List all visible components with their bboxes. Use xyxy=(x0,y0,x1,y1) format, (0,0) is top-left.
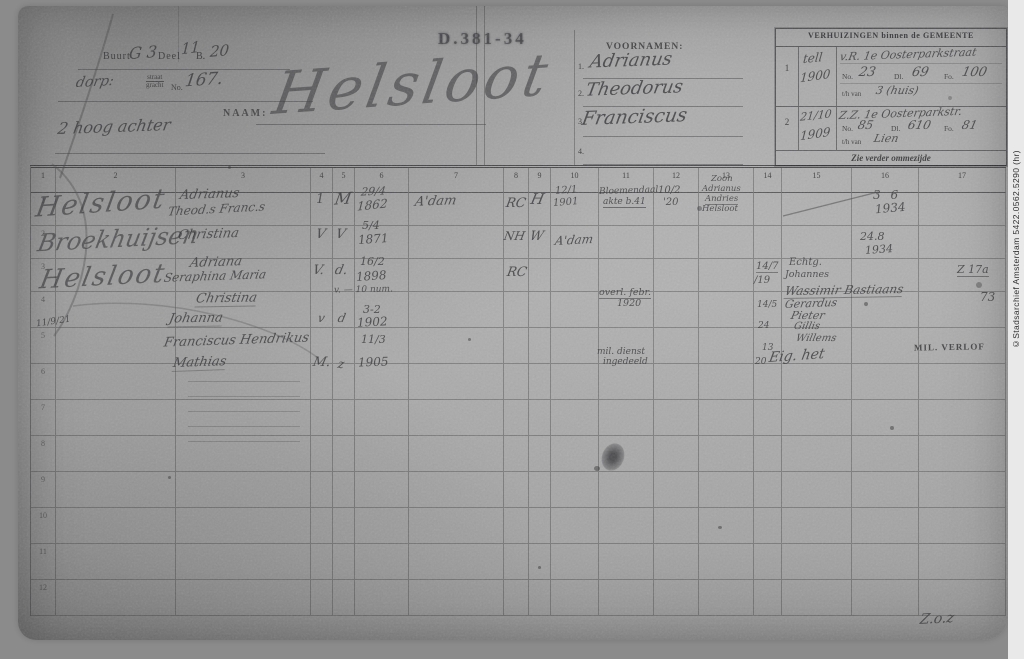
column-header: 4 xyxy=(311,168,333,193)
row-number: 12 xyxy=(31,580,56,616)
verhuizing-num: 2 xyxy=(776,107,799,150)
table-cell xyxy=(654,328,699,364)
table-cell xyxy=(504,544,529,580)
r1-birthplace: A'dam xyxy=(414,193,458,210)
r1-religion: RC xyxy=(505,196,527,211)
r3-col15a: Echtg. xyxy=(789,257,822,268)
table-cell xyxy=(782,226,852,259)
r5-col11b: 1920 xyxy=(617,298,641,309)
r5-col14: 14/5 xyxy=(757,300,777,310)
no-label: No. xyxy=(842,72,853,81)
r6-col15a: Gillis xyxy=(793,321,821,332)
r1-col16b: 1934 xyxy=(874,200,906,217)
r1-col13b: Adrianus xyxy=(702,184,741,194)
table-cell xyxy=(333,400,355,436)
fo-label: Fo. xyxy=(944,124,954,133)
table-cell xyxy=(919,364,1006,400)
verhuizingen-box: VERHUIZINGEN binnen de GEMEENTE 1 tell 1… xyxy=(775,28,1007,166)
table-cell xyxy=(852,328,919,364)
r7-birth-year: 1905 xyxy=(358,354,389,369)
date-bottom: 1900 xyxy=(800,67,831,86)
table-cell xyxy=(599,544,654,580)
table-cell xyxy=(504,400,529,436)
voornaam-num-2: 2. xyxy=(578,89,584,98)
ruled-line xyxy=(55,153,325,154)
table-cell xyxy=(176,508,311,544)
no-label: No. xyxy=(171,83,183,92)
table-cell xyxy=(409,364,504,400)
table-cell xyxy=(311,472,333,508)
ink-speck xyxy=(228,166,231,169)
ink-speck xyxy=(538,566,541,569)
table-cell xyxy=(699,508,754,544)
voornaam-3: Franciscus xyxy=(580,104,689,130)
table-cell xyxy=(529,400,551,436)
ruled-vline xyxy=(574,30,575,165)
table-cell xyxy=(599,508,654,544)
r3-col17b: 73 xyxy=(980,290,995,304)
r7-col14b: 20 xyxy=(755,357,766,367)
ink-speck xyxy=(168,476,171,479)
table-cell xyxy=(852,508,919,544)
dorp-script: dorp: xyxy=(74,73,115,91)
r1-col11b: akte b.41 xyxy=(603,197,646,208)
gracht-label: gracht xyxy=(146,81,164,89)
verhuizing-detail: Z.Z. 1e Oosterparkstr. No. 85 Dl. 610 Fo… xyxy=(836,107,1006,150)
buurt-value: G 3 xyxy=(128,42,158,63)
no-value: 85 xyxy=(857,118,875,132)
r1-col11a: Bloemendaal xyxy=(599,185,659,197)
r3-birth-year: 1898 xyxy=(356,268,387,284)
table-cell xyxy=(654,226,699,259)
table-cell xyxy=(333,544,355,580)
table-cell xyxy=(919,508,1006,544)
table-cell xyxy=(852,436,919,472)
table-cell xyxy=(699,292,754,328)
table-cell xyxy=(551,472,599,508)
r1-col12b: '20 xyxy=(663,197,678,208)
table-cell xyxy=(311,400,333,436)
table-cell xyxy=(529,580,551,616)
table-cell xyxy=(409,508,504,544)
table-cell xyxy=(654,580,699,616)
table-cell xyxy=(504,292,529,328)
table-cell xyxy=(782,400,852,436)
address-script: v.R. 1e Oosterparkstraat xyxy=(839,46,978,64)
table-cell xyxy=(919,400,1006,436)
table-cell xyxy=(654,400,699,436)
table-cell xyxy=(551,436,599,472)
verhuizing-date: 21/10 1909 xyxy=(798,107,837,150)
table-cell xyxy=(311,580,333,616)
table-cell xyxy=(504,580,529,616)
table-cell xyxy=(551,292,599,328)
table-cell xyxy=(355,580,409,616)
table-cell xyxy=(551,508,599,544)
table-cell xyxy=(409,226,504,259)
no-label: No. xyxy=(842,124,853,133)
fo-value: 100 xyxy=(960,65,988,80)
table-cell xyxy=(311,508,333,544)
table-cell xyxy=(56,364,176,400)
ruled-line xyxy=(840,83,1002,84)
table-cell xyxy=(409,472,504,508)
ink-speck xyxy=(697,206,702,211)
table-cell xyxy=(599,580,654,616)
r3-note: v. — 10 num. xyxy=(334,284,393,295)
address-script: Z.Z. 1e Oosterparkstr. xyxy=(838,105,963,122)
r7-col11a: mil. dienst xyxy=(597,347,645,357)
table-cell xyxy=(56,292,176,328)
voornaam-2: Theodorus xyxy=(584,76,685,101)
table-cell xyxy=(355,544,409,580)
table-cell xyxy=(699,472,754,508)
table-cell xyxy=(355,436,409,472)
table-cell xyxy=(333,508,355,544)
archive-credit-text: ©Stadsarchief Amsterdam 5422.0562.5290 (… xyxy=(1011,150,1021,349)
table-cell xyxy=(782,472,852,508)
no-value: 23 xyxy=(857,65,877,80)
table-cell xyxy=(599,472,654,508)
row-number: 5 xyxy=(31,328,56,364)
fo-value: 81 xyxy=(961,118,979,132)
blad-value: 20 xyxy=(209,41,230,61)
r4-given1: Christina xyxy=(194,290,258,307)
table-cell xyxy=(852,400,919,436)
blad-label: B. xyxy=(196,51,205,62)
mil-verlof-stamp: MIL. VERLOF xyxy=(914,341,985,352)
table-cell xyxy=(504,364,529,400)
column-header: 8 xyxy=(504,168,529,193)
r2-given1: Christina xyxy=(177,226,241,243)
table-cell xyxy=(409,400,504,436)
blank-rule xyxy=(188,411,300,412)
th-label: t/h van xyxy=(842,138,861,146)
table-cell xyxy=(529,259,551,292)
table-cell xyxy=(355,472,409,508)
table-cell xyxy=(56,508,176,544)
verhuizing-num: 1 xyxy=(776,47,799,106)
table-cell xyxy=(654,544,699,580)
table-cell xyxy=(529,544,551,580)
table-cell xyxy=(409,328,504,364)
r2-religion: NH xyxy=(503,229,526,243)
table-cell xyxy=(551,328,599,364)
ink-speck xyxy=(976,282,982,288)
table-cell xyxy=(852,580,919,616)
voornaam-num-1: 1. xyxy=(578,62,584,71)
table-cell xyxy=(56,436,176,472)
r1-seq: 1 xyxy=(316,192,324,207)
table-cell xyxy=(333,436,355,472)
table-cell xyxy=(56,472,176,508)
floor-note: 2 hoog achter xyxy=(56,115,172,138)
column-header: 17 xyxy=(919,168,1006,193)
verhuizingen-footer: Zie verder ommezijde xyxy=(776,151,1006,168)
table-cell xyxy=(409,580,504,616)
register-card: Buurt G 3 Deel 11 B. 20 dorp: straatgrac… xyxy=(18,6,1008,640)
r3-col17a: Z 17a xyxy=(957,263,989,277)
table-cell xyxy=(699,400,754,436)
table-cell xyxy=(654,259,699,292)
table-cell xyxy=(699,436,754,472)
table-cell xyxy=(919,226,1006,259)
row-number: 11 xyxy=(31,544,56,580)
r3-col14b: /19 xyxy=(754,275,770,286)
table-cell xyxy=(56,580,176,616)
table-cell xyxy=(56,400,176,436)
dl-value: 69 xyxy=(910,65,930,80)
r7-given1: Mathias xyxy=(172,354,228,372)
table-cell xyxy=(754,226,782,259)
table-cell xyxy=(754,400,782,436)
table-cell xyxy=(782,436,852,472)
table-cell xyxy=(852,364,919,400)
ruled-line xyxy=(840,63,1002,64)
date-top: tell xyxy=(802,50,823,66)
verhuizingen-title: VERHUIZINGEN binnen de GEMEENTE xyxy=(776,29,1006,47)
table-cell xyxy=(919,436,1006,472)
table-cell xyxy=(409,259,504,292)
blank-rule xyxy=(188,381,300,382)
table-cell xyxy=(333,580,355,616)
column-header: 15 xyxy=(782,168,852,193)
table-cell xyxy=(654,292,699,328)
table-cell xyxy=(599,400,654,436)
naam-label: NAAM: xyxy=(223,108,267,119)
ink-speck xyxy=(594,466,600,471)
table-cell xyxy=(599,364,654,400)
table-cell xyxy=(409,292,504,328)
table-cell xyxy=(852,544,919,580)
table-cell xyxy=(654,508,699,544)
table-cell xyxy=(599,226,654,259)
table-cell xyxy=(551,544,599,580)
table-cell xyxy=(56,544,176,580)
straat-gracht-label: straatgracht xyxy=(146,74,164,89)
table-cell xyxy=(529,292,551,328)
table-cell xyxy=(529,436,551,472)
r1-col10b: 1901 xyxy=(553,196,579,209)
table-cell xyxy=(699,328,754,364)
r1-col10a: 12/1 xyxy=(555,184,578,197)
table-cell xyxy=(551,400,599,436)
voornaam-underline xyxy=(583,136,743,137)
table-cell xyxy=(699,259,754,292)
table-cell xyxy=(355,364,409,400)
r2-birth-year: 1871 xyxy=(358,231,389,247)
table-cell xyxy=(782,508,852,544)
table-cell xyxy=(504,328,529,364)
table-cell xyxy=(333,472,355,508)
r2-col16b: 1934 xyxy=(865,242,894,257)
table-cell xyxy=(529,364,551,400)
r3-religion: RC xyxy=(506,265,528,280)
table-cell xyxy=(504,472,529,508)
table-cell xyxy=(919,193,1006,226)
table-cell xyxy=(919,544,1006,580)
r1-col13a: Zoon xyxy=(711,174,733,184)
column-header: 7 xyxy=(409,168,504,193)
table-cell xyxy=(409,436,504,472)
r1-col13d: Helsloot xyxy=(702,204,738,214)
table-cell xyxy=(176,544,311,580)
r6-col14: 24 xyxy=(758,321,769,331)
column-header: 14 xyxy=(754,168,782,193)
table-cell xyxy=(654,364,699,400)
r2-birth-day: 5/4 xyxy=(362,219,380,232)
table-cell xyxy=(654,436,699,472)
dl-label: Dl. xyxy=(894,72,903,81)
r5-birth-year: 1902 xyxy=(357,314,388,330)
table-cell xyxy=(919,472,1006,508)
date-top: 21/10 xyxy=(799,107,832,124)
date-bottom: 1909 xyxy=(800,125,831,144)
r6-col15b: Willems xyxy=(795,333,838,344)
ruled-line xyxy=(78,69,290,70)
scanned-register-card-page: Buurt G 3 Deel 11 B. 20 dorp: straatgrac… xyxy=(0,0,1024,659)
table-cell xyxy=(529,508,551,544)
deel-label: Deel xyxy=(158,51,181,62)
verhuizing-row-1: 1 tell 1900 v.R. 1e Oosterparkstraat No.… xyxy=(776,47,1006,107)
table-cell xyxy=(176,400,311,436)
fo-label: Fo. xyxy=(944,72,954,81)
table-cell xyxy=(529,328,551,364)
voornaam-num-4: 4. xyxy=(578,147,584,156)
table-cell xyxy=(754,193,782,226)
table-cell xyxy=(782,544,852,580)
table-cell xyxy=(176,580,311,616)
table-cell xyxy=(754,508,782,544)
row-number: 9 xyxy=(31,472,56,508)
table-cell xyxy=(176,472,311,508)
table-cell xyxy=(311,436,333,472)
row-number: 6 xyxy=(31,364,56,400)
ink-speck xyxy=(890,426,894,430)
ink-speck xyxy=(948,96,952,100)
table-cell xyxy=(654,472,699,508)
voornaam-1: Adrianus xyxy=(588,48,674,72)
r3-col14a: 14/7 xyxy=(756,261,778,273)
r6-birth-day: 11/3 xyxy=(361,333,386,346)
table-cell xyxy=(56,328,176,364)
table-cell xyxy=(699,226,754,259)
table-cell xyxy=(754,472,782,508)
ink-speck xyxy=(864,302,868,306)
column-header: 1 xyxy=(31,168,56,193)
table-cell xyxy=(699,580,754,616)
r3-col15b: Johannes xyxy=(785,269,829,280)
row-number: 8 xyxy=(31,436,56,472)
table-cell xyxy=(529,472,551,508)
r7-seq: M. xyxy=(311,355,332,370)
verhuizing-date: tell 1900 xyxy=(798,47,837,106)
row-number: 10 xyxy=(31,508,56,544)
table-cell xyxy=(782,193,852,226)
row-number: 7 xyxy=(31,400,56,436)
table-cell xyxy=(311,544,333,580)
table-cell xyxy=(504,436,529,472)
buurt-label: Buurt xyxy=(103,51,131,62)
house-number-value: 167. xyxy=(184,69,225,92)
ink-speck xyxy=(468,338,471,341)
table-cell xyxy=(754,436,782,472)
table-cell xyxy=(551,580,599,616)
th-label: t/h van xyxy=(842,90,861,98)
table-cell xyxy=(754,364,782,400)
table-cell xyxy=(852,472,919,508)
table-cell xyxy=(355,400,409,436)
zie-ommezijde-note: Z.o.z xyxy=(919,610,955,628)
table-cell xyxy=(355,508,409,544)
table-cell xyxy=(782,580,852,616)
r3-birth-day: 16/2 xyxy=(360,255,385,268)
registration-stamp: D.381-34 xyxy=(438,29,527,49)
th-value: Lien xyxy=(873,132,900,145)
archive-credit-strip: ©Stadsarchief Amsterdam 5422.0562.5290 (… xyxy=(1008,0,1024,659)
table-cell xyxy=(754,580,782,616)
table-cell xyxy=(551,364,599,400)
table-cell xyxy=(699,364,754,400)
ink-speck xyxy=(718,526,722,529)
th-value: 3 (huis) xyxy=(875,84,920,97)
table-cell xyxy=(409,544,504,580)
table-cell xyxy=(551,259,599,292)
surname-main-script: Helsloot xyxy=(268,40,556,128)
verhuizing-row-2: 2 21/10 1909 Z.Z. 1e Oosterparkstr. No. … xyxy=(776,107,1006,151)
blank-rule xyxy=(188,396,300,397)
table-cell xyxy=(782,364,852,400)
r2-col16a: 24.8 xyxy=(860,230,885,243)
r7-col11b: ingedeeld xyxy=(603,357,648,367)
verhuizing-detail: v.R. 1e Oosterparkstraat No. 23 Dl. 69 F… xyxy=(836,47,1006,106)
table-cell xyxy=(754,544,782,580)
table-cell xyxy=(504,508,529,544)
blank-rule xyxy=(188,441,300,442)
table-cell xyxy=(699,544,754,580)
r2-col10: A'dam xyxy=(554,232,594,248)
r5-given1: Johanna xyxy=(167,311,224,328)
dl-value: 610 xyxy=(907,118,933,132)
r1-col12a: 10/2 xyxy=(658,185,680,196)
blank-rule xyxy=(188,426,300,427)
